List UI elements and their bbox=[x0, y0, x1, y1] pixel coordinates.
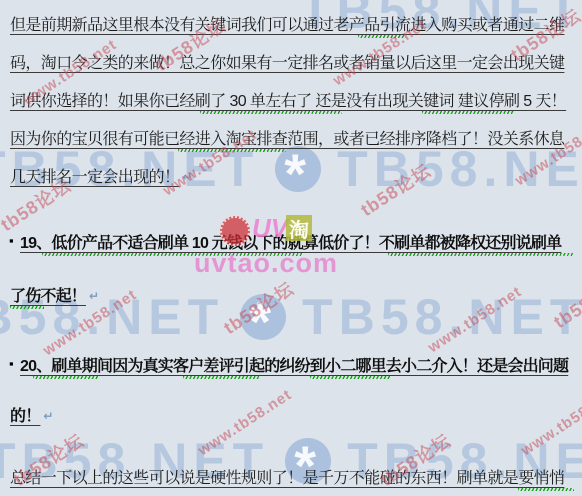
spellcheck-squiggle bbox=[183, 376, 259, 379]
spellcheck-squiggle bbox=[310, 376, 390, 379]
spellcheck-squiggle bbox=[33, 376, 99, 379]
watermark-forum: tb58论坛 bbox=[355, 157, 435, 222]
spellcheck-squiggle bbox=[422, 111, 514, 114]
tb58-logo-icon: * bbox=[275, 146, 321, 192]
list-bullet: ▪ bbox=[9, 234, 14, 247]
spellcheck-squiggle bbox=[388, 253, 574, 256]
watermark-url: www.tb58.net bbox=[425, 283, 525, 356]
spellcheck-squiggle bbox=[10, 306, 44, 309]
paragraph-mark: ↵ bbox=[43, 409, 52, 423]
watermark-site-text: TB58.NET bbox=[302, 288, 582, 346]
list-item-19-line: 19、低价产品不适合刷单 10 元钱以下的就算低价了！不刷单都被降权还别说刷单 bbox=[20, 230, 561, 253]
list-item-20-line: 的！↵ bbox=[10, 403, 53, 426]
tb58-logo-icon: * bbox=[240, 294, 286, 340]
spellcheck-squiggle bbox=[200, 111, 342, 114]
watermark-forum: tb58论坛 bbox=[548, 269, 582, 334]
paragraph-mark: ↵ bbox=[89, 289, 98, 303]
list-item-20-line: 20、刷单期间因为真实客户差评引起的纠纷到小二哪里去小二介入！还是会出问题 bbox=[20, 353, 568, 376]
list-item-19-line: 了伤不起！↵ bbox=[10, 283, 98, 306]
spellcheck-squiggle bbox=[358, 35, 406, 38]
closing-line: 总结一下以上的这些可以说是硬性规则了！是千万不能碰的东西！刷单就是要悄悄 bbox=[10, 465, 564, 488]
paragraph-line: 词供你选择的！如果你已经刷了 30 单左右了 还是没有出现关键词 建议停刷 5 … bbox=[10, 88, 566, 111]
watermark-url: www.tb58.net bbox=[195, 386, 295, 459]
paragraph-mark: ↵ bbox=[182, 170, 191, 184]
spellcheck-squiggle bbox=[518, 488, 574, 491]
paragraph-line: 码，淘口令之类的来做！总之你如果有一定排名或者销量以后这里一定会出现关键 bbox=[10, 50, 564, 73]
paragraph-line: 但是前期新品这里根本没有关键词我们可以通过老产品引流进入购买或者通过二维 bbox=[10, 12, 564, 35]
paragraph-line: 因为你的宝贝很有可能已经进入淘宝排查范围，或者已经排序降档了！没关系休息 bbox=[10, 126, 564, 149]
watermark-url: www.tb58.net bbox=[518, 386, 582, 459]
spellcheck-squiggle bbox=[42, 253, 302, 256]
document-page: TB58.NET TB58.NET * TB58.NET TB58.NET * … bbox=[0, 0, 582, 496]
paragraph-line: 几天排名一定会出现的！↵ bbox=[10, 164, 192, 187]
list-bullet: ▪ bbox=[9, 357, 14, 370]
watermark-forum: tb58论坛 bbox=[218, 275, 298, 340]
spellcheck-squiggle bbox=[178, 149, 286, 152]
